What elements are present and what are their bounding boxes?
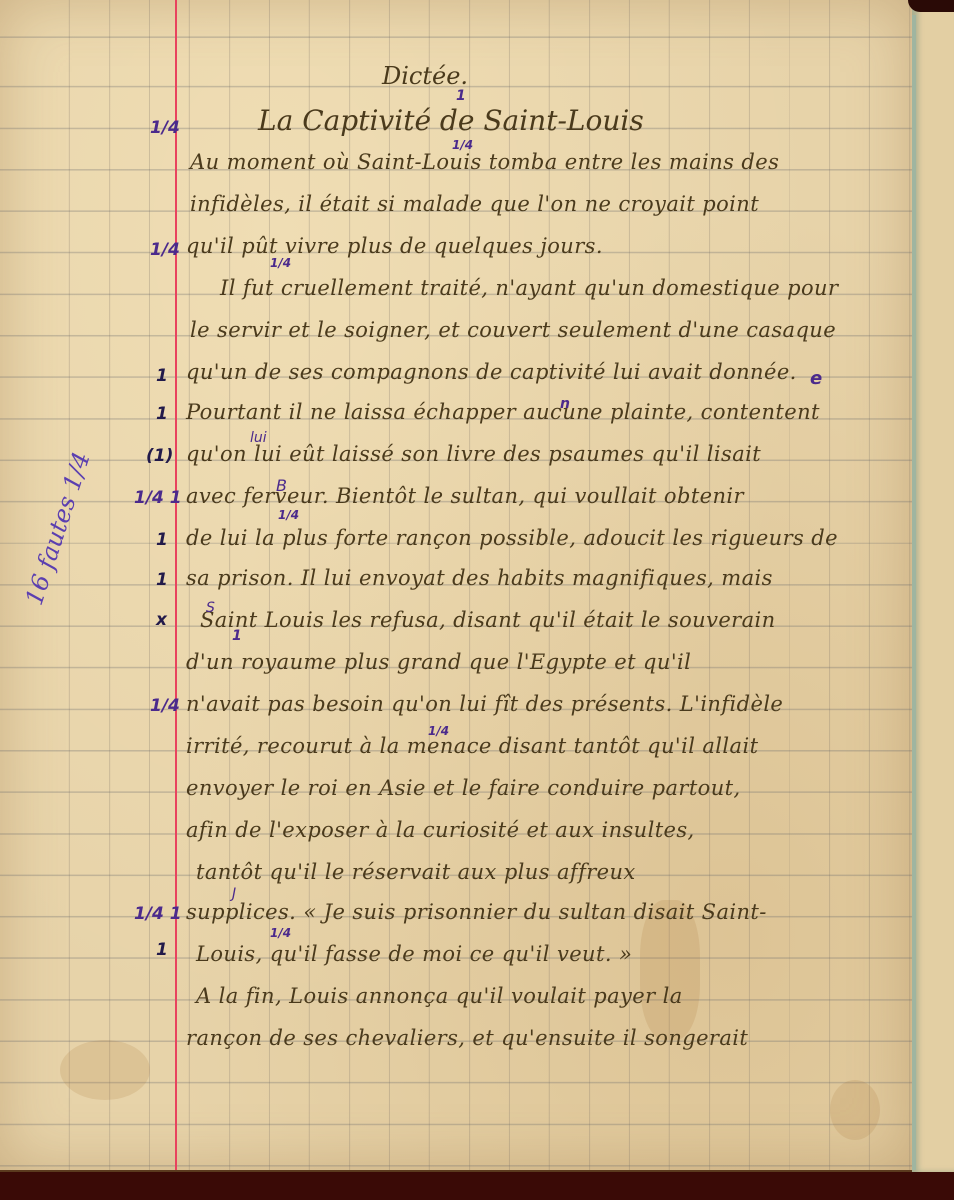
- text-line: le servir et le soigner, et couvert seul…: [190, 318, 836, 342]
- correction-mark: 1: [456, 88, 466, 104]
- margin-mark: 1: [156, 570, 168, 590]
- margin-mark: 1: [156, 404, 168, 424]
- text-line: Au moment où Saint-Louis tomba entre les…: [190, 150, 779, 174]
- text-line: A la fin, Louis annonça qu'il voulait pa…: [196, 984, 683, 1008]
- document-heading: Dictée.: [382, 62, 468, 90]
- margin-mark: 1: [156, 940, 168, 960]
- correction-mark: lui: [250, 430, 267, 446]
- correction-mark: 1: [232, 628, 242, 644]
- margin-mark: 1/4: [150, 118, 180, 138]
- cover-corner: [908, 0, 954, 12]
- text-line: rançon de ses chevaliers, et qu'ensuite …: [186, 1026, 748, 1050]
- text-line: sa prison. Il lui envoyat des habits mag…: [186, 566, 773, 590]
- margin-mark: x: [156, 610, 167, 630]
- text-line: Louis, qu'il fasse de moi ce qu'il veut.…: [196, 942, 632, 966]
- document-title: La Captivité de Saint-Louis: [258, 104, 644, 137]
- notebook-cover-edge: [0, 1172, 954, 1200]
- margin-mark: 1/4: [150, 696, 180, 716]
- paper-stain: [830, 1080, 880, 1140]
- text-line: avec ferveur. Bientôt le sultan, qui vou…: [186, 484, 744, 508]
- correction-mark: S: [206, 600, 215, 616]
- text-line: qu'on lui eût laissé son livre des psaum…: [186, 442, 761, 466]
- text-line: tantôt qu'il le réservait aux plus affre…: [196, 860, 636, 884]
- margin-mark: 1/4 1: [134, 488, 182, 508]
- text-line: supplices. « Je suis prisonnier du sulta…: [186, 900, 767, 924]
- correction-mark: e: [810, 368, 822, 389]
- text-line: d'un royaume plus grand que l'Egypte et …: [186, 650, 691, 674]
- correction-mark: B: [276, 476, 287, 495]
- margin-mark: 1/4 1: [134, 904, 182, 924]
- correction-mark: 1/4: [428, 724, 449, 738]
- text-line: envoyer le roi en Asie et le faire condu…: [186, 776, 741, 800]
- notebook-page: Dictée. La Captivité de Saint-Louis Au m…: [0, 0, 912, 1172]
- text-line: infidèles, il était si malade que l'on n…: [190, 192, 759, 216]
- margin-mark: 1/4: [150, 240, 180, 260]
- paper-stain: [60, 1040, 150, 1100]
- correction-mark: 1/4: [270, 256, 291, 270]
- text-line: afin de l'exposer à la curiosité et aux …: [186, 818, 695, 842]
- red-margin-line: [175, 0, 177, 1170]
- correction-mark: 1/4: [270, 926, 291, 940]
- correction-mark: 1/4: [452, 138, 473, 152]
- text-line: Saint Louis les refusa, disant qu'il éta…: [200, 608, 776, 632]
- binding-strip: [912, 15, 916, 1170]
- text-line: n'avait pas besoin qu'on lui fît des pré…: [186, 692, 783, 716]
- margin-mark: 1: [156, 366, 168, 386]
- correction-mark: n: [560, 396, 570, 412]
- correction-mark: 1/4: [278, 508, 299, 522]
- text-line: Il fut cruellement traité, n'ayant qu'un…: [220, 276, 838, 300]
- text-line: Pourtant il ne laissa échapper aucune pl…: [186, 400, 820, 424]
- correction-mark: J: [232, 886, 236, 902]
- next-page-edge: [912, 0, 954, 1172]
- margin-mark: (1): [146, 446, 173, 466]
- text-line: de lui la plus forte rançon possible, ad…: [186, 526, 838, 550]
- margin-mark: 1: [156, 530, 168, 550]
- text-line: irrité, recourut à la menace disant tant…: [186, 734, 758, 758]
- text-line: qu'un de ses compagnons de captivité lui…: [186, 360, 797, 384]
- text-line: qu'il pût vivre plus de quelques jours.: [186, 234, 603, 258]
